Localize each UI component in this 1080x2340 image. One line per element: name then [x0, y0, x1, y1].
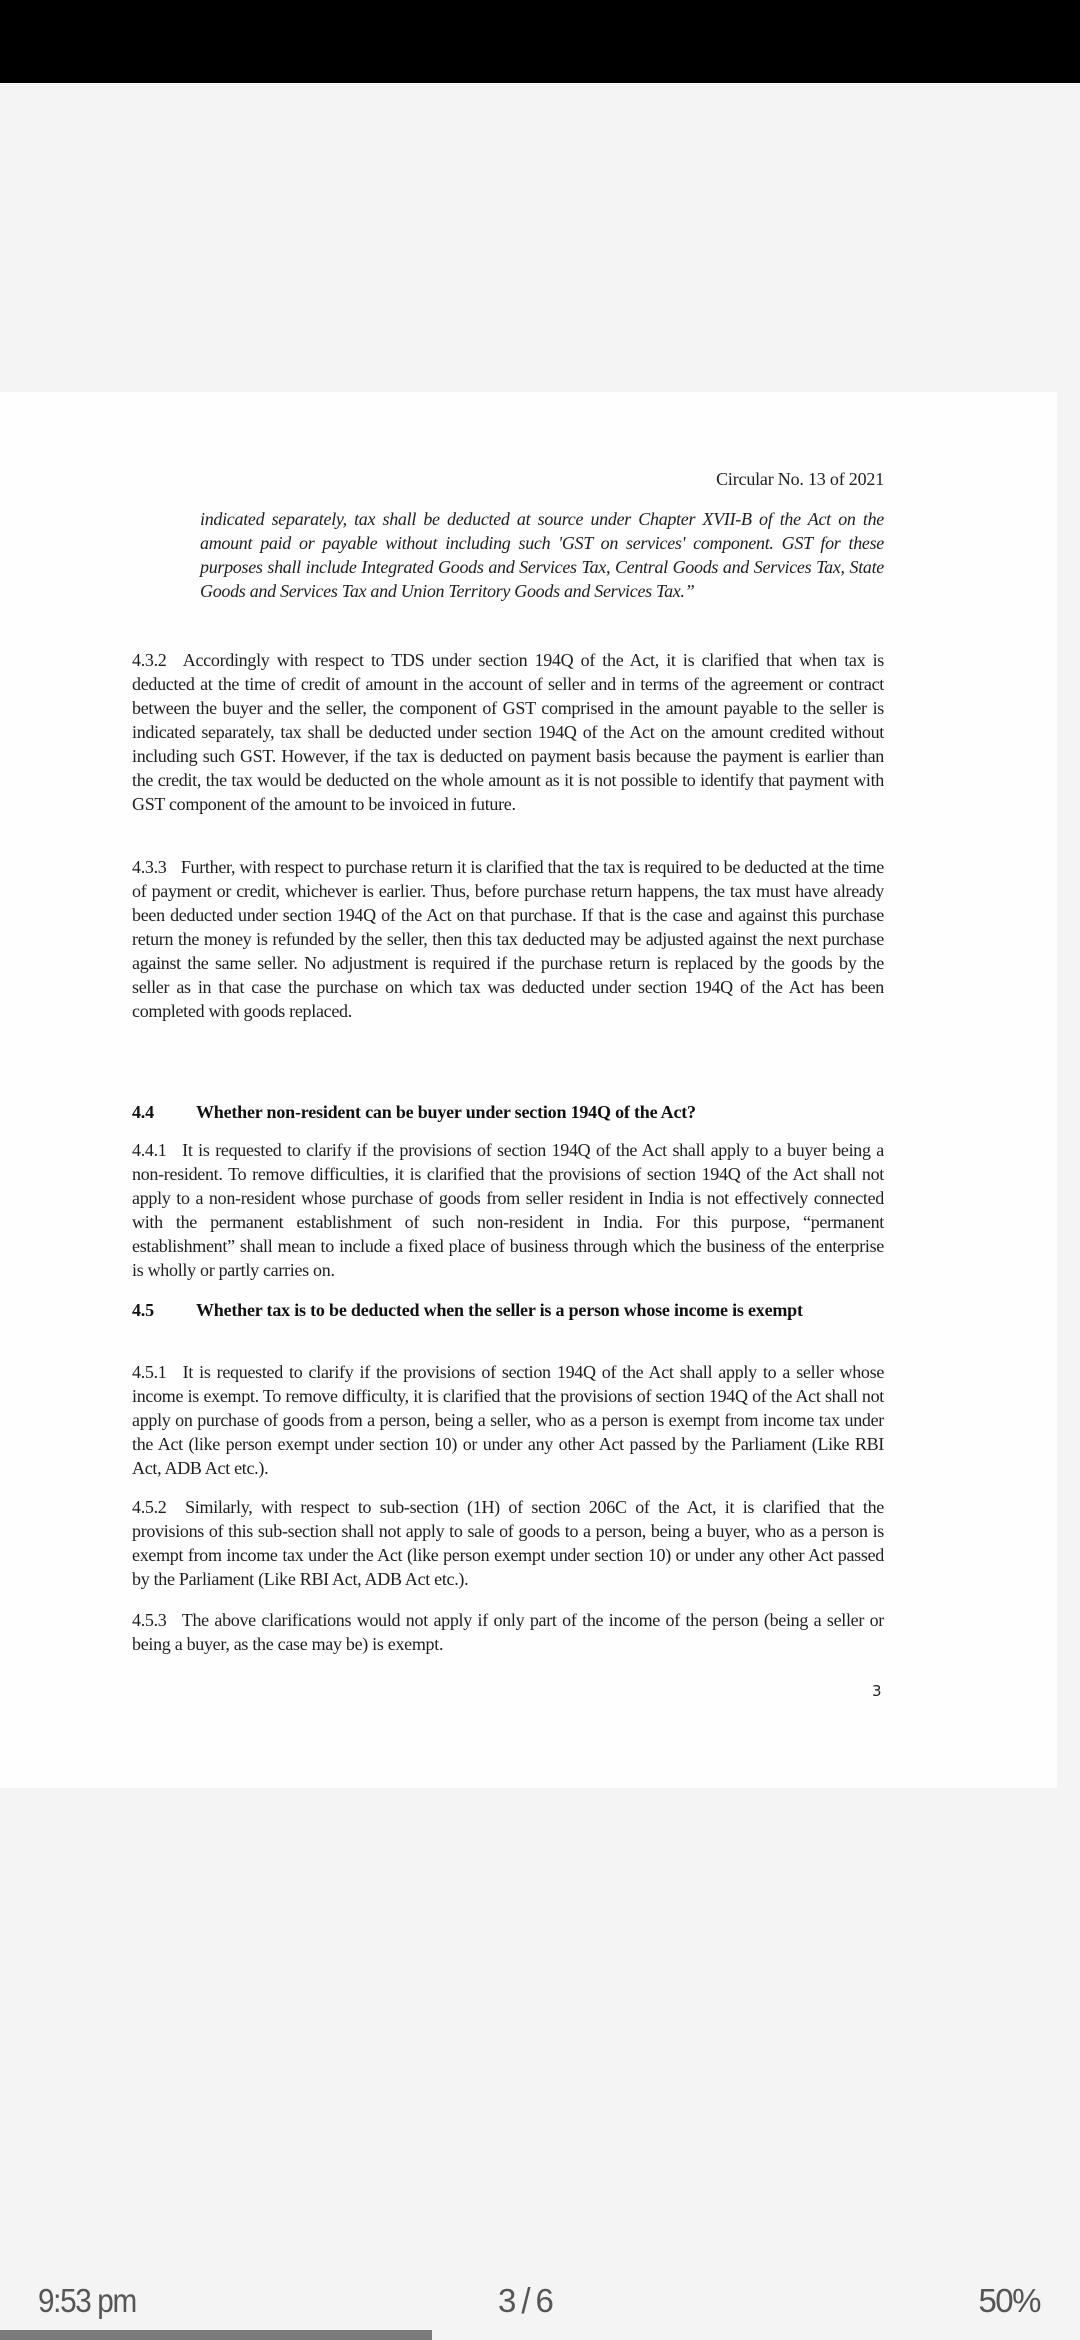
paragraph-text: The above clarifications would not apply…: [132, 1610, 884, 1654]
paragraph-4-5-3: 4.5.3 The above clarifications would not…: [132, 1608, 884, 1656]
paragraph-4-5-2: 4.5.2 Similarly, with respect to sub-sec…: [132, 1495, 884, 1591]
paragraph-4-3-2: 4.3.2 Accordingly with respect to TDS un…: [132, 648, 884, 816]
page-indicator[interactable]: 3/6: [498, 2282, 553, 2320]
paragraph-text: Accordingly with respect to TDS under se…: [132, 650, 884, 814]
heading-number: 4.4: [132, 1100, 192, 1124]
heading-text: Whether tax is to be deducted when the s…: [196, 1300, 803, 1320]
clock-time: 9:53 pm: [38, 2282, 136, 2320]
zoom-level[interactable]: 50%: [978, 2282, 1040, 2320]
paragraph-text: Similarly, with respect to sub-section (…: [132, 1497, 884, 1589]
page-number: 3: [872, 1682, 882, 1700]
total-pages: 6: [536, 2282, 553, 2319]
page-separator: /: [521, 2280, 529, 2322]
heading-4-4: 4.4 Whether non-resident can be buyer un…: [132, 1100, 884, 1124]
paragraph-number: 4.3.3: [132, 857, 167, 877]
reading-progress-bar[interactable]: [0, 2330, 1080, 2340]
paragraph-number: 4.5.1: [132, 1362, 167, 1382]
paragraph-4-3-3: 4.3.3 Further, with respect to purchase …: [132, 855, 884, 1023]
paragraph-text: It is requested to clarify if the provis…: [132, 1140, 884, 1280]
heading-4-5: 4.5 Whether tax is to be deducted when t…: [132, 1298, 884, 1322]
top-black-bar: [0, 0, 1080, 83]
circular-number-header: Circular No. 13 of 2021: [716, 469, 884, 490]
heading-text: Whether non-resident can be buyer under …: [196, 1102, 696, 1122]
heading-number: 4.5: [132, 1298, 192, 1322]
current-page: 3: [498, 2282, 515, 2319]
reader-status-bar: 9:53 pm 3/6 50%: [0, 2260, 1080, 2340]
paragraph-text: Further, with respect to purchase return…: [132, 857, 884, 1021]
pdf-page[interactable]: Circular No. 13 of 2021 indicated separa…: [0, 392, 1057, 1788]
quoted-text-block: indicated separately, tax shall be deduc…: [200, 507, 884, 603]
paragraph-number: 4.4.1: [132, 1140, 167, 1160]
paragraph-number: 4.5.3: [132, 1610, 167, 1630]
paragraph-text: It is requested to clarify if the provis…: [132, 1362, 884, 1478]
paragraph-number: 4.3.2: [132, 650, 167, 670]
paragraph-4-5-1: 4.5.1 It is requested to clarify if the …: [132, 1360, 884, 1480]
paragraph-number: 4.5.2: [132, 1497, 167, 1517]
paragraph-4-4-1: 4.4.1 It is requested to clarify if the …: [132, 1138, 884, 1282]
reading-progress-fill: [0, 2330, 432, 2340]
